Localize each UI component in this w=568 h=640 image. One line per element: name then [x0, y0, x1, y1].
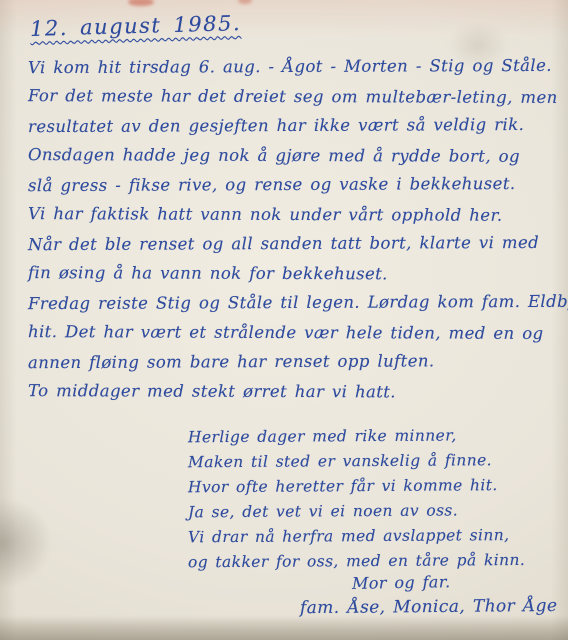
red-ink-smudge: [128, 0, 154, 6]
journal-line: To middager med stekt ørret har vi hatt.: [28, 376, 548, 407]
journal-line: resultatet av den gesjeften har ikke vær…: [28, 110, 548, 142]
journal-line: Fredag reiste Stig og Ståle til legen. L…: [28, 287, 548, 319]
journal-line: hit. Det har vært et strålende vær hele …: [28, 317, 548, 348]
journal-body: Vi kom hit tirsdag 6. aug. - Ågot - Mort…: [28, 52, 548, 406]
journal-line: Vi kom hit tirsdag 6. aug. - Ågot - Mort…: [28, 51, 548, 83]
signature-line: fam. Åse, Monica, Thor Åge: [300, 593, 568, 621]
poem-line: Ja se, det vet vi ei noen av oss.: [188, 498, 558, 526]
journal-line: For det meste har det dreiet seg om mult…: [28, 81, 548, 112]
signatures: Mor og far. fam. Åse, Monica, Thor Åge: [0, 570, 568, 620]
diary-page: 12. august 1985. Vi kom hit tirsdag 6. a…: [0, 0, 568, 640]
journal-line: Onsdagen hadde jeg nok å gjøre med å ryd…: [28, 140, 548, 171]
journal-line: fin øsing å ha vann nok for bekkehuset.: [28, 258, 548, 289]
poem-line: Herlige dager med rike minner,: [188, 423, 558, 451]
journal-line: annen fløing som bare har renset opp luf…: [28, 346, 548, 378]
poem-line: Hvor ofte heretter får vi komme hit.: [188, 473, 558, 501]
journal-line: Når det ble renset og all sanden tatt bo…: [28, 228, 548, 260]
poem-line: Vi drar nå herfra med avslappet sinn,: [188, 523, 558, 551]
journal-line: slå gress - fikse rive, og rense og vask…: [28, 169, 548, 201]
journal-line: Vi har faktisk hatt vann nok under vårt …: [28, 199, 548, 230]
signature-line: Mor og far.: [352, 568, 568, 596]
poem: Herlige dager med rike minner, Maken til…: [188, 424, 558, 574]
date-heading: 12. august 1985.: [30, 11, 242, 41]
red-ink-smudge: [238, 0, 252, 4]
poem-line: Maken til sted er vanskelig å finne.: [188, 448, 558, 476]
